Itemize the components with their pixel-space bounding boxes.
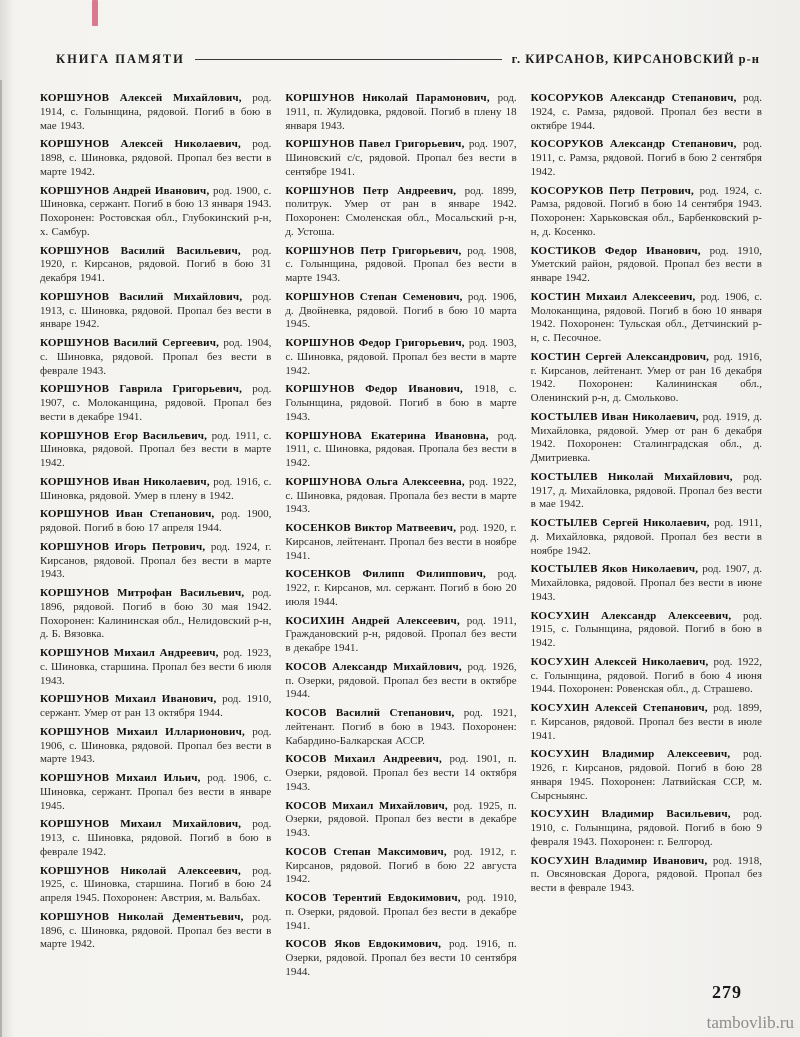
book-title: КНИГА ПАМЯТИ xyxy=(56,52,185,67)
red-edge-mark xyxy=(92,0,98,26)
memorial-entry: КОРШУНОВ Василий Михайлович, род. 1913, … xyxy=(40,291,271,332)
book-page: КНИГА ПАМЯТИ г. КИРСАНОВ, КИРСАНОВСКИЙ р… xyxy=(0,0,800,1037)
entry-person-name: КОРШУНОВ Василий Васильевич, xyxy=(40,245,252,257)
entry-person-name: КОРШУНОВ Степан Семенович, xyxy=(285,291,468,303)
memorial-entry: КОСОРУКОВ Петр Петрович, род. 1924, с. Р… xyxy=(531,185,762,240)
entry-person-name: КОРШУНОВ Алексей Михайлович, xyxy=(40,92,252,104)
memorial-entry: КОСТЫЛЕВ Иван Николаевич, род. 1919, д. … xyxy=(531,411,762,466)
entry-person-name: КОСТЫЛЕВ Николай Михайлович, xyxy=(531,471,743,483)
memorial-entry: КОСОВ Степан Максимович, род. 1912, г. К… xyxy=(285,846,516,887)
memorial-entry: КОРШУНОВ Петр Андреевич, род. 1899, поли… xyxy=(285,185,516,240)
memorial-entry: КОСОРУКОВ Александр Степанович, род. 191… xyxy=(531,138,762,179)
scan-edge-shadow xyxy=(0,80,2,1037)
entry-person-name: КОСОРУКОВ Александр Степанович, xyxy=(531,138,743,150)
entry-person-name: КОРШУНОВ Игорь Петрович, xyxy=(40,541,211,553)
page-header: КНИГА ПАМЯТИ г. КИРСАНОВ, КИРСАНОВСКИЙ р… xyxy=(56,52,760,67)
entry-person-name: КОСОРУКОВ Петр Петрович, xyxy=(531,185,700,197)
entries-columns: КОРШУНОВ Алексей Михайлович, род. 1914, … xyxy=(40,92,762,977)
memorial-entry: КОСТИН Сергей Александрович, род. 1916, … xyxy=(531,351,762,406)
entry-person-name: КОРШУНОВ Николай Дементьевич, xyxy=(40,911,252,923)
region-title: г. КИРСАНОВ, КИРСАНОВСКИЙ р-н xyxy=(512,52,760,67)
memorial-entry: КОРШУНОВ Михаил Андреевич, род. 1923, с.… xyxy=(40,647,271,688)
memorial-entry: КОРШУНОВ Василий Васильевич, род. 1920, … xyxy=(40,245,271,286)
entry-person-name: КОСТИН Михаил Алексеевич, xyxy=(531,291,701,303)
memorial-entry: КОРШУНОВ Гаврила Григорьевич, род. 1907,… xyxy=(40,383,271,424)
entry-person-name: КОСОВ Александр Михайлович, xyxy=(285,661,467,673)
entry-person-name: КОСОВ Степан Максимович, xyxy=(285,846,453,858)
memorial-entry: КОРШУНОВ Игорь Петрович, род. 1924, г. К… xyxy=(40,541,271,582)
entry-person-name: КОСУХИН Владимир Алексеевич, xyxy=(531,748,743,760)
entry-person-name: КОРШУНОВ Михаил Михайлович, xyxy=(40,818,252,830)
entry-person-name: КОРШУНОВ Николай Парамонович, xyxy=(285,92,497,104)
entry-person-name: КОРШУНОВ Алексей Николаевич, xyxy=(40,138,252,150)
memorial-entry: КОРШУНОВ Михаил Илларионович, род. 1906,… xyxy=(40,726,271,767)
entry-person-name: КОСОВ Михаил Михайлович, xyxy=(285,800,453,812)
page-number: 279 xyxy=(712,982,742,1003)
memorial-entry: КОСОВ Михаил Михайлович, род. 1925, п. О… xyxy=(285,800,516,841)
entry-person-name: КОРШУНОВ Василий Сергеевич, xyxy=(40,337,223,349)
memorial-entry: КОСТИКОВ Федор Иванович, род. 1910, Умет… xyxy=(531,245,762,286)
entry-person-name: КОСТЫЛЕВ Иван Николаевич, xyxy=(531,411,703,423)
memorial-entry: КОРШУНОВА Ольга Алексеевна, род. 1922, с… xyxy=(285,476,516,517)
memorial-entry: КОСТЫЛЕВ Николай Михайлович, род. 1917, … xyxy=(531,471,762,512)
memorial-entry: КОРШУНОВ Николай Парамонович, род. 1911,… xyxy=(285,92,516,133)
memorial-entry: КОРШУНОВ Николай Алексеевич, род. 1925, … xyxy=(40,865,271,906)
entry-person-name: КОРШУНОВ Николай Алексеевич, xyxy=(40,865,252,877)
memorial-entry: КОСОВ Яков Евдокимович, род. 1916, п. Оз… xyxy=(285,938,516,979)
memorial-entry: КОСТЫЛЕВ Сергей Николаевич, род. 1911, д… xyxy=(531,517,762,558)
entry-person-name: КОСУХИН Алексей Николаевич, xyxy=(531,656,714,668)
memorial-entry: КОСУХИН Владимир Васильевич, род. 1910, … xyxy=(531,808,762,849)
column-2: КОРШУНОВ Николай Парамонович, род. 1911,… xyxy=(285,92,516,977)
library-watermark: tambovlib.ru xyxy=(707,1013,794,1033)
entry-person-name: КОСУХИН Владимир Васильевич, xyxy=(531,808,743,820)
entry-person-name: КОРШУНОВ Гаврила Григорьевич, xyxy=(40,383,252,395)
memorial-entry: КОРШУНОВ Степан Семенович, род. 1906, д.… xyxy=(285,291,516,332)
entry-person-name: КОСТИН Сергей Александрович, xyxy=(531,351,714,363)
memorial-entry: КОРШУНОВ Федор Иванович, 1918, с. Голынщ… xyxy=(285,383,516,424)
entry-person-name: КОСОВ Яков Евдокимович, xyxy=(285,938,449,950)
memorial-entry: КОСИХИН Андрей Алексеевич, род. 1911, Гр… xyxy=(285,615,516,656)
memorial-entry: КОРШУНОВ Митрофан Васильевич, род. 1896,… xyxy=(40,587,271,642)
entry-person-name: КОРШУНОВ Федор Иванович, xyxy=(285,383,473,395)
entry-person-name: КОСУХИН Алексей Степанович, xyxy=(531,702,713,714)
entry-person-name: КОРШУНОВ Петр Григорьевич, xyxy=(285,245,467,257)
memorial-entry: КОСУХИН Владимир Алексеевич, род. 1926, … xyxy=(531,748,762,803)
memorial-entry: КОРШУНОВ Николай Дементьевич, род. 1896,… xyxy=(40,911,271,952)
memorial-entry: КОРШУНОВ Иван Николаевич, род. 1916, с. … xyxy=(40,476,271,504)
memorial-entry: КОСОВ Михаил Андреевич, род. 1901, п. Оз… xyxy=(285,753,516,794)
memorial-entry: КОСОВ Александр Михайлович, род. 1926, п… xyxy=(285,661,516,702)
column-1: КОРШУНОВ Алексей Михайлович, род. 1914, … xyxy=(40,92,271,977)
memorial-entry: КОСЕНКОВ Филипп Филиппович, род. 1922, г… xyxy=(285,568,516,609)
memorial-entry: КОРШУНОВ Михаил Иванович, род. 1910, сер… xyxy=(40,693,271,721)
memorial-entry: КОРШУНОВ Андрей Иванович, род. 1900, с. … xyxy=(40,185,271,240)
entry-person-name: КОРШУНОВ Михаил Илларионович, xyxy=(40,726,252,738)
entry-person-name: КОСЕНКОВ Виктор Матвеевич, xyxy=(285,522,460,534)
memorial-entry: КОРШУНОВ Федор Григорьевич, род. 1903, с… xyxy=(285,337,516,378)
header-rule xyxy=(195,59,502,60)
entry-person-name: КОРШУНОВ Павел Григорьевич, xyxy=(285,138,468,150)
memorial-entry: КОРШУНОВ Иван Степанович, род. 1900, ряд… xyxy=(40,508,271,536)
entry-person-name: КОРШУНОВ Михаил Ильич, xyxy=(40,772,207,784)
entry-person-name: КОСТЫЛЕВ Яков Николаевич, xyxy=(531,563,703,575)
memorial-entry: КОРШУНОВ Петр Григорьевич, род. 1908, с.… xyxy=(285,245,516,286)
entry-person-name: КОРШУНОВ Андрей Иванович, xyxy=(40,185,213,197)
memorial-entry: КОРШУНОВ Василий Сергеевич, род. 1904, с… xyxy=(40,337,271,378)
entry-person-name: КОСТЫЛЕВ Сергей Николаевич, xyxy=(531,517,715,529)
entry-person-name: КОРШУНОВ Егор Васильевич, xyxy=(40,430,212,442)
memorial-entry: КОСТЫЛЕВ Яков Николаевич, род. 1907, д. … xyxy=(531,563,762,604)
memorial-entry: КОСТИН Михаил Алексеевич, род. 1906, с. … xyxy=(531,291,762,346)
memorial-entry: КОСУХИН Александр Алексеевич, род. 1915,… xyxy=(531,610,762,651)
entry-person-name: КОСУХИН Александр Алексеевич, xyxy=(531,610,743,622)
memorial-entry: КОРШУНОВ Михаил Михайлович, род. 1913, с… xyxy=(40,818,271,859)
memorial-entry: КОСУХИН Владимир Иванович, род. 1918, п.… xyxy=(531,855,762,896)
memorial-entry: КОСОРУКОВ Александр Степанович, род. 192… xyxy=(531,92,762,133)
memorial-entry: КОРШУНОВ Егор Васильевич, род. 1911, с. … xyxy=(40,430,271,471)
entry-person-name: КОСУХИН Владимир Иванович, xyxy=(531,855,713,867)
entry-person-name: КОРШУНОВ Иван Степанович, xyxy=(40,508,221,520)
entry-person-name: КОСТИКОВ Федор Иванович, xyxy=(531,245,710,257)
memorial-entry: КОСЕНКОВ Виктор Матвеевич, род. 1920, г.… xyxy=(285,522,516,563)
entry-person-name: КОРШУНОВ Василий Михайлович, xyxy=(40,291,252,303)
memorial-entry: КОРШУНОВ Алексей Михайлович, род. 1914, … xyxy=(40,92,271,133)
entry-person-name: КОСОВ Василий Степанович, xyxy=(285,707,463,719)
memorial-entry: КОРШУНОВ Михаил Ильич, род. 1906, с. Шин… xyxy=(40,772,271,813)
entry-person-name: КОСОВ Терентий Евдокимович, xyxy=(285,892,467,904)
memorial-entry: КОСУХИН Алексей Степанович, род. 1899, г… xyxy=(531,702,762,743)
entry-person-name: КОРШУНОВА Екатерина Ивановна, xyxy=(285,430,497,442)
entry-person-name: КОРШУНОВ Петр Андреевич, xyxy=(285,185,464,197)
entry-person-name: КОРШУНОВ Михаил Иванович, xyxy=(40,693,222,705)
memorial-entry: КОРШУНОВ Павел Григорьевич, род. 1907, Ш… xyxy=(285,138,516,179)
entry-person-name: КОРШУНОВ Федор Григорьевич, xyxy=(285,337,469,349)
memorial-entry: КОСУХИН Алексей Николаевич, род. 1922, с… xyxy=(531,656,762,697)
memorial-entry: КОСОВ Терентий Евдокимович, род. 1910, п… xyxy=(285,892,516,933)
entry-person-name: КОСИХИН Андрей Алексеевич, xyxy=(285,615,466,627)
entry-person-name: КОРШУНОВ Митрофан Васильевич, xyxy=(40,587,252,599)
entry-person-name: КОРШУНОВА Ольга Алексеевна, xyxy=(285,476,469,488)
entry-person-name: КОСОРУКОВ Александр Степанович, xyxy=(531,92,743,104)
memorial-entry: КОРШУНОВ Алексей Николаевич, род. 1898, … xyxy=(40,138,271,179)
entry-person-name: КОСОВ Михаил Андреевич, xyxy=(285,753,449,765)
column-3: КОСОРУКОВ Александр Степанович, род. 192… xyxy=(531,92,762,977)
memorial-entry: КОСОВ Василий Степанович, род. 1921, лей… xyxy=(285,707,516,748)
entry-person-name: КОСЕНКОВ Филипп Филиппович, xyxy=(285,568,497,580)
memorial-entry: КОРШУНОВА Екатерина Ивановна, род. 1911,… xyxy=(285,430,516,471)
entry-person-name: КОРШУНОВ Михаил Андреевич, xyxy=(40,647,223,659)
entry-person-name: КОРШУНОВ Иван Николаевич, xyxy=(40,476,213,488)
